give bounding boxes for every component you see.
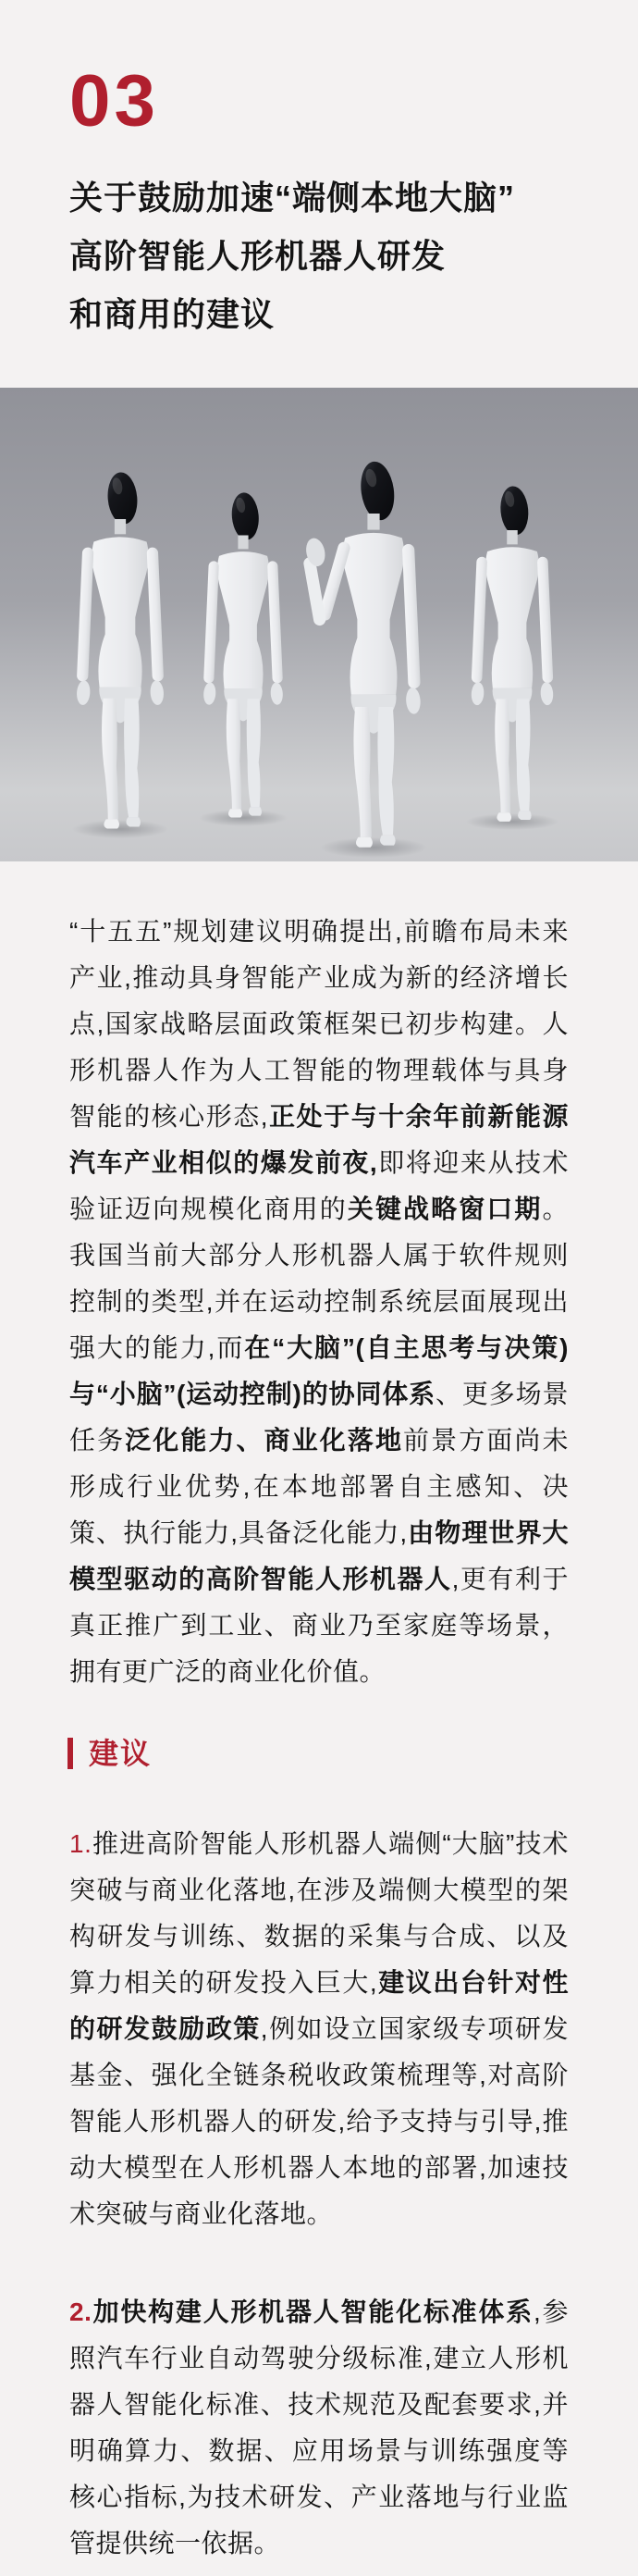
recommendation-item-1: 1.推进高阶智能人形机器人端侧“大脑”技术突破与商业化落地,在涉及端侧大模型的架… [69,1821,569,2237]
page-title: 关于鼓励加速“端侧本地大脑” 高阶智能人形机器人研发 和商用的建议 [69,168,569,343]
title-line: 和商用的建议 [69,285,569,343]
intro-paragraph: “十五五”规划建议明确提出,前瞻布局未来产业,推动具身智能产业成为新的经济增长点… [69,909,569,1695]
humanoid-robots-image [0,388,638,861]
section-number: 03 [69,65,638,137]
section-accent-bar [67,1738,73,1769]
article-page: 03 关于鼓励加速“端侧本地大脑” 高阶智能人形机器人研发 和商用的建议 [0,0,638,2576]
recommendation-item-2: 2.加快构建人形机器人智能化标准体系,参照汽车行业自动驾驶分级标准,建立人形机器… [69,2289,569,2567]
section-header: 建议 [67,1732,569,1775]
section-title: 建议 [89,1732,152,1775]
title-line: 高阶智能人形机器人研发 [69,227,569,285]
title-line: 关于鼓励加速“端侧本地大脑” [69,168,569,227]
